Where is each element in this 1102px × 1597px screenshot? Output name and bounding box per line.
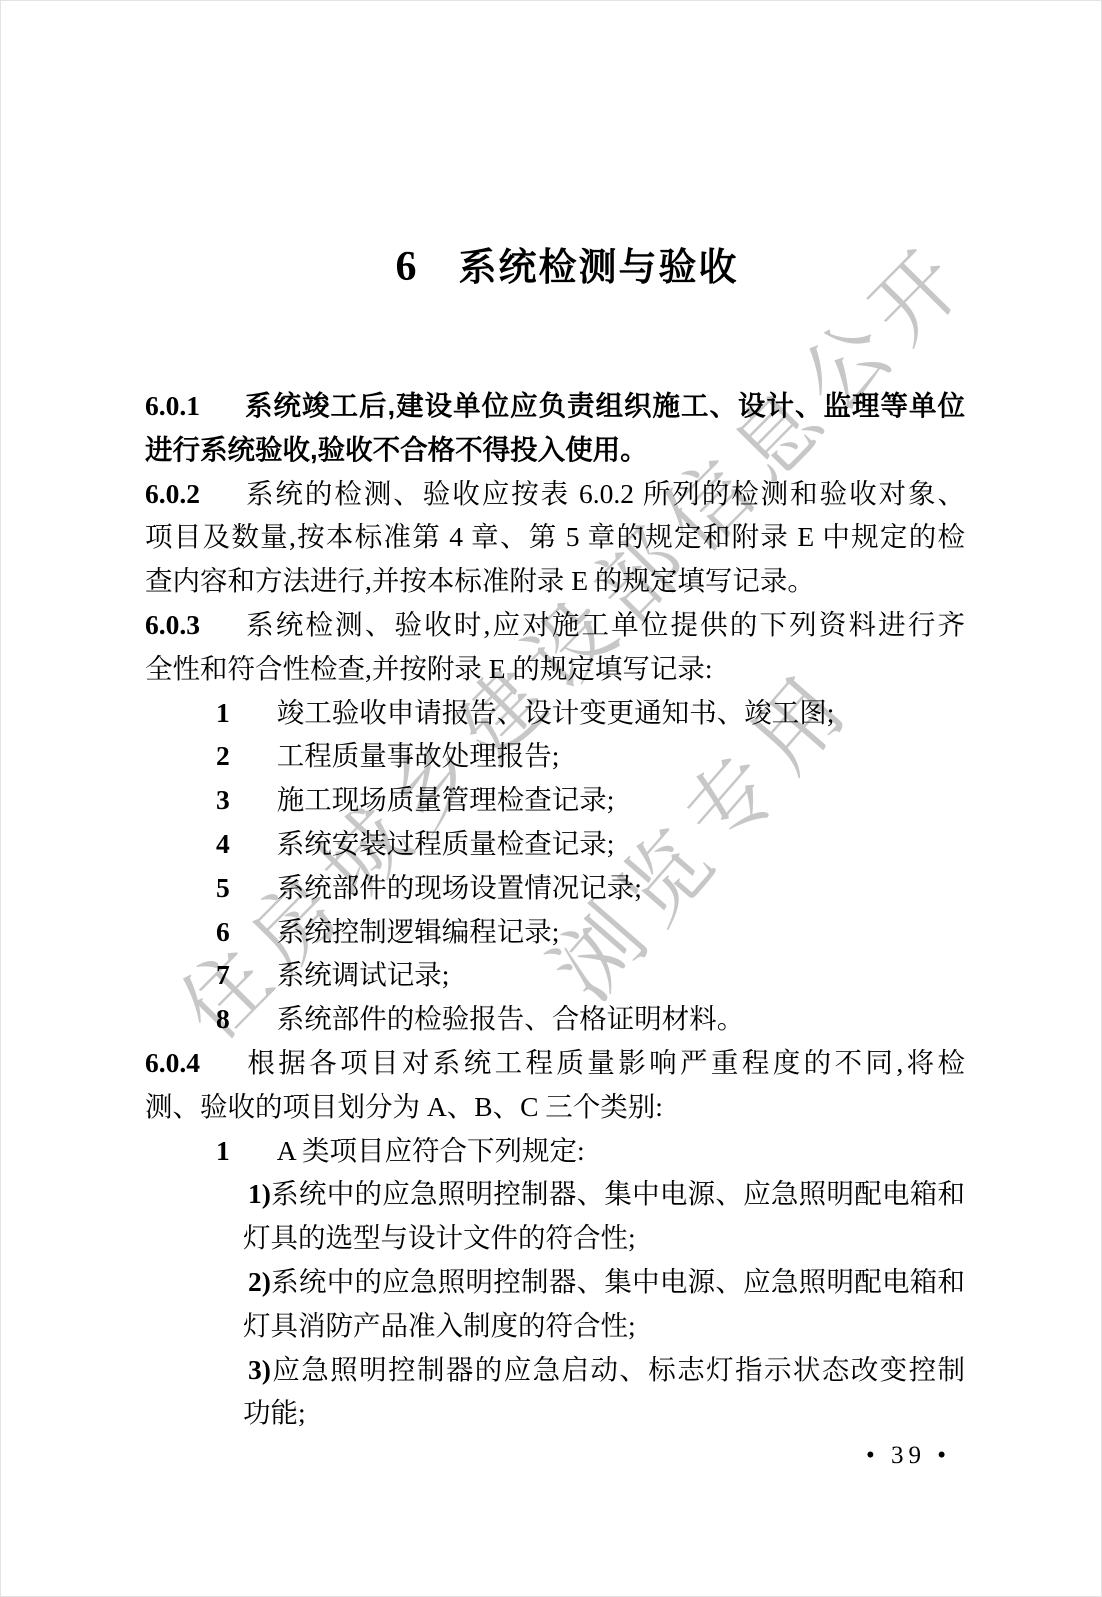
line-text: 工程质量事故处理报告; <box>277 740 560 771</box>
line-text: 根据各项目对系统工程质量影响严重程度的不同,将检 <box>244 1047 965 1078</box>
line-text: 系统控制逻辑编程记录; <box>277 916 560 947</box>
line-text: 进行系统验收,验收不合格不得投入使用。 <box>145 434 648 465</box>
text-line: 测、验收的项目划分为 A、B、C 三个类别: <box>145 1085 965 1129</box>
text-line: 2)系统中的应急照明控制器、集中电源、应急照明配电箱和 <box>145 1260 965 1304</box>
chapter-number: 6 <box>395 244 416 290</box>
text-line: 6.0.1系统竣工后,建设单位应负责组织施工、设计、监理等单位 <box>145 384 965 428</box>
text-line: 2工程质量事故处理报告; <box>145 734 965 778</box>
text-line: 灯具的选型与设计文件的符合性; <box>145 1216 965 1260</box>
line-text: A 类项目应符合下列规定: <box>277 1135 585 1166</box>
text-line: 功能; <box>145 1391 965 1435</box>
text-line: 6系统控制逻辑编程记录; <box>145 910 965 954</box>
line-text: 竣工验收申请报告、设计变更通知书、竣工图; <box>277 697 835 728</box>
chapter-title-text: 系统检测与验收 <box>458 247 738 289</box>
item-number: 5 <box>216 872 230 903</box>
line-text: 系统部件的检验报告、合格证明材料。 <box>277 1003 745 1034</box>
item-number: 3 <box>216 784 230 815</box>
line-text: 系统的检测、验收应按表 6.0.2 所列的检测和验收对象、 <box>244 478 965 509</box>
item-number: 1 <box>216 697 230 728</box>
text-line: 查内容和方法进行,并按本标准附录 E 的规定填写记录。 <box>145 559 965 603</box>
text-line: 6.0.2系统的检测、验收应按表 6.0.2 所列的检测和验收对象、 <box>145 472 965 516</box>
clause-number: 6.0.1 <box>145 390 200 421</box>
item-number: 1) <box>248 1178 271 1209</box>
item-number: 3) <box>248 1354 271 1385</box>
item-number: 2) <box>248 1266 271 1297</box>
item-number: 2 <box>216 740 230 771</box>
text-line: 7系统调试记录; <box>145 953 965 997</box>
text-line: 1A 类项目应符合下列规定: <box>145 1129 965 1173</box>
clause-number: 6.0.4 <box>145 1047 200 1078</box>
text-line: 全性和符合性检查,并按附录 E 的规定填写记录: <box>145 647 965 691</box>
item-number: 4 <box>216 828 230 859</box>
clause-number: 6.0.3 <box>145 609 200 640</box>
page-number: • 39 • <box>866 1442 951 1470</box>
text-line: 项目及数量,按本标准第 4 章、第 5 章的规定和附录 E 中规定的检 <box>145 515 965 559</box>
text-line: 6.0.3系统检测、验收时,应对施工单位提供的下列资料进行齐 <box>145 603 965 647</box>
line-text: 查内容和方法进行,并按本标准附录 E 的规定填写记录。 <box>145 565 815 596</box>
line-text: 施工现场质量管理检查记录; <box>277 784 615 815</box>
line-text: 项目及数量,按本标准第 4 章、第 5 章的规定和附录 E 中规定的检 <box>145 521 965 552</box>
document-page: 住房城乡建设部信息公开 浏览专用 6系统检测与验收 6.0.1系统竣工后,建设单… <box>0 0 1102 1597</box>
text-line: 1)系统中的应急照明控制器、集中电源、应急照明配电箱和 <box>145 1172 965 1216</box>
text-line: 3)应急照明控制器的应急启动、标志灯指示状态改变控制 <box>145 1348 965 1392</box>
line-text: 测、验收的项目划分为 A、B、C 三个类别: <box>145 1091 663 1122</box>
line-text: 系统安装过程质量检查记录; <box>277 828 615 859</box>
text-line: 4系统安装过程质量检查记录; <box>145 822 965 866</box>
text-line: 3施工现场质量管理检查记录; <box>145 778 965 822</box>
text-line: 8系统部件的检验报告、合格证明材料。 <box>145 997 965 1041</box>
item-number: 7 <box>216 959 230 990</box>
line-text: 应急照明控制器的应急启动、标志灯指示状态改变控制 <box>271 1354 965 1385</box>
text-line: 6.0.4根据各项目对系统工程质量影响严重程度的不同,将检 <box>145 1041 965 1085</box>
item-number: 1 <box>216 1135 230 1166</box>
text-line: 灯具消防产品准入制度的符合性; <box>145 1304 965 1348</box>
chapter-title: 6系统检测与验收 <box>16 244 1102 291</box>
line-text: 系统调试记录; <box>277 959 450 990</box>
line-text: 灯具消防产品准入制度的符合性; <box>243 1310 636 1341</box>
line-text: 灯具的选型与设计文件的符合性; <box>243 1222 636 1253</box>
text-line: 1竣工验收申请报告、设计变更通知书、竣工图; <box>145 691 965 735</box>
line-text: 系统竣工后,建设单位应负责组织施工、设计、监理等单位 <box>244 390 965 421</box>
item-number: 8 <box>216 1003 230 1034</box>
clause-number: 6.0.2 <box>145 478 200 509</box>
line-text: 系统中的应急照明控制器、集中电源、应急照明配电箱和 <box>271 1266 965 1297</box>
line-text: 功能; <box>243 1397 306 1428</box>
text-line: 进行系统验收,验收不合格不得投入使用。 <box>145 428 965 472</box>
line-text: 系统中的应急照明控制器、集中电源、应急照明配电箱和 <box>271 1178 965 1209</box>
line-text: 全性和符合性检查,并按附录 E 的规定填写记录: <box>145 653 713 684</box>
line-text: 系统检测、验收时,应对施工单位提供的下列资料进行齐 <box>244 609 965 640</box>
line-text: 系统部件的现场设置情况记录; <box>277 872 642 903</box>
document-body: 6.0.1系统竣工后,建设单位应负责组织施工、设计、监理等单位进行系统验收,验收… <box>145 384 965 1435</box>
text-line: 5系统部件的现场设置情况记录; <box>145 866 965 910</box>
item-number: 6 <box>216 916 230 947</box>
